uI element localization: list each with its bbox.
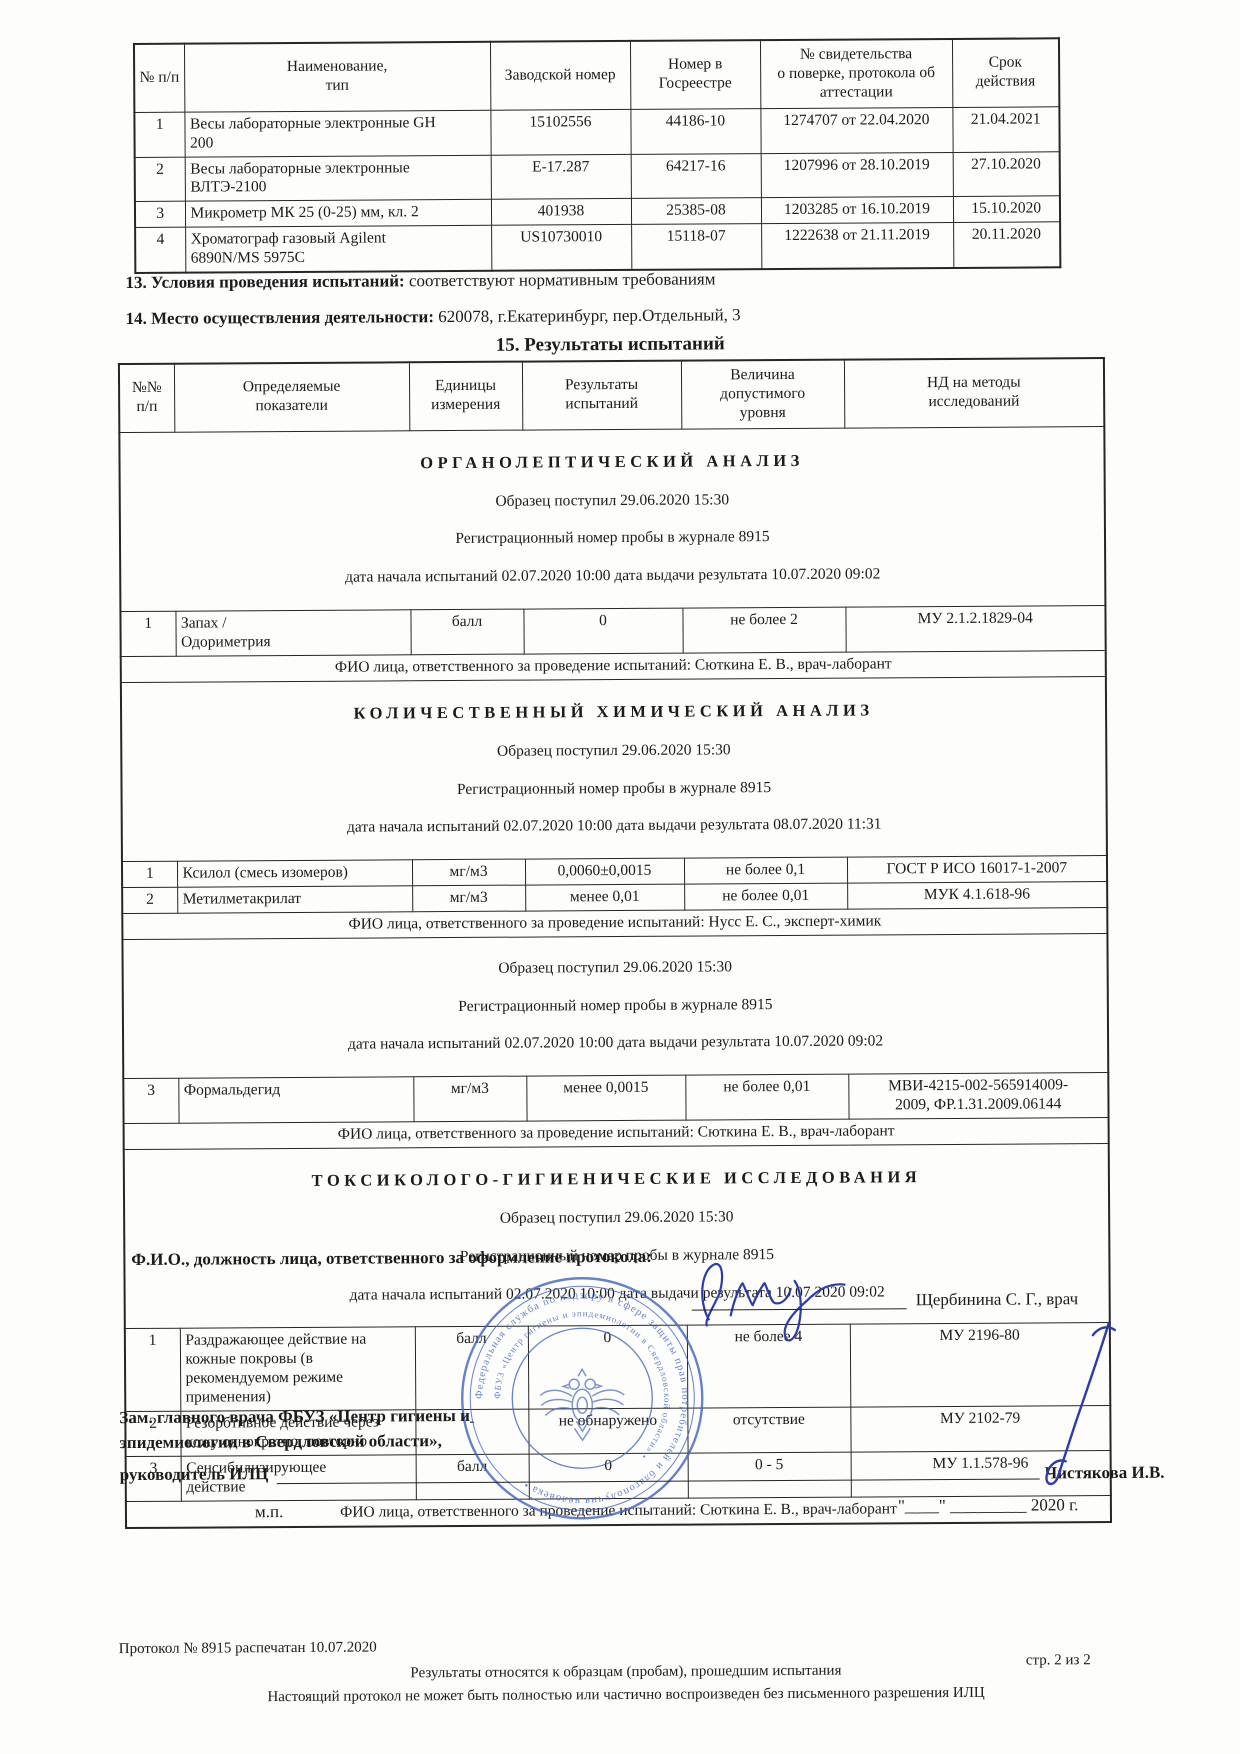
section-block-row: Образец поступил 29.06.2020 15:30 Регист… — [122, 933, 1108, 1078]
cell-num: 3 — [123, 1078, 178, 1123]
sample-received: Образец поступил 29.06.2020 15:30 — [126, 489, 1099, 514]
col-header-name: Наименование, тип — [184, 42, 490, 112]
cell-registry: 15118-07 — [631, 224, 761, 270]
clause-14: 14. Место осуществления деятельности: 62… — [126, 305, 741, 329]
cell-result: 0 — [523, 608, 682, 654]
sample-reg-number: Регистрационный номер пробы в журнале 89… — [126, 527, 1099, 552]
table-row: 1 Весы лабораторные электронные GH 200 1… — [134, 107, 1059, 157]
cell-limit: отсутствие — [687, 1407, 850, 1453]
footer-printed: Протокол № 8915 распечатан 10.07.2020 — [119, 1640, 377, 1659]
cell-valid: 15.10.2020 — [953, 196, 1060, 223]
col-header-indicator: Определяемые показатели — [174, 362, 409, 432]
cell-serial: 15102556 — [490, 109, 630, 155]
cell-serial: Е-17.287 — [491, 154, 631, 200]
cell-name: Хроматограф газовый Agilent 6890N/MS 597… — [185, 226, 491, 273]
org-title-line2: эпидемиологии в Свердловской области», — [119, 1431, 441, 1453]
signature-head — [1029, 1317, 1125, 1493]
col-header-serial: Заводской номер — [490, 41, 630, 110]
table-row: 3 Формальдегид мг/м3 менее 0,0015 не бол… — [123, 1073, 1108, 1124]
section-title: ТОКСИКОЛОГО-ГИГИЕНИЧЕСКИЕ ИССЛЕДОВАНИЯ — [130, 1166, 1103, 1192]
cell-limit: не более 2 — [682, 607, 845, 653]
sample-reg-number: Регистрационный номер пробы в журнале 89… — [127, 777, 1100, 802]
cell-certificate: 1207996 от 28.10.2019 — [761, 152, 953, 198]
signature-line — [692, 1284, 907, 1310]
cell-result: менее 0,01 — [525, 884, 684, 911]
cell-limit: не более 0,1 — [684, 857, 847, 884]
official-stamp: Федеральная служба по надзору в сфере за… — [455, 1271, 709, 1525]
cell-result: 0,0060±0,0015 — [525, 858, 684, 885]
col-header-valid: Срок действия — [952, 38, 1059, 107]
section-chemical-info: КОЛИЧЕСТВЕННЫЙ ХИМИЧЕСКИЙ АНАЛИЗ Образец… — [121, 676, 1107, 861]
section-title: КОЛИЧЕСТВЕННЫЙ ХИМИЧЕСКИЙ АНАЛИЗ — [127, 699, 1100, 725]
cell-num: 2 — [135, 157, 185, 202]
protocol-page: № п/п Наименование, тип Заводской номер … — [0, 0, 1240, 1754]
protocol-officer-name: Щербинина С. Г., врач — [916, 1289, 1079, 1310]
section-chemical2-info: Образец поступил 29.06.2020 15:30 Регист… — [122, 933, 1108, 1078]
cell-limit: не более 0,01 — [685, 1074, 848, 1120]
cell-indicator: Формальдегид — [178, 1077, 413, 1123]
equipment-table: № п/п Наименование, тип Заводской номер … — [133, 37, 1061, 274]
cell-result: менее 0,0015 — [526, 1075, 685, 1121]
sample-received: Образец поступил 29.06.2020 15:30 — [130, 1206, 1103, 1231]
cell-certificate: 1274707 от 22.04.2020 — [760, 107, 952, 153]
cell-limit: не более 0,01 — [684, 883, 847, 910]
col-header-limit: Величина допустимого уровня — [681, 360, 844, 429]
table-row: 1 Запах / Одориметрия балл 0 не более 2 … — [120, 606, 1105, 657]
footer-note-2: Настоящий протокол не может быть полност… — [106, 1684, 1146, 1707]
table-row: 2 Весы лабораторные электронные ВЛТЭ-210… — [135, 151, 1060, 201]
cell-name: Микрометр МК 25 (0-25) мм, кл. 2 — [185, 200, 491, 228]
org-title-line1: Зам. главного врача ФБУЗ «Центр гигиены … — [119, 1406, 470, 1428]
cell-indicator: Метилметакрилат — [177, 886, 412, 913]
cell-num: 2 — [122, 887, 177, 913]
cell-indicator: Запах / Одориметрия — [175, 610, 410, 656]
test-dates: дата начала испытаний 02.07.2020 10:00 д… — [129, 1031, 1102, 1056]
section-block-row: КОЛИЧЕСТВЕННЫЙ ХИМИЧЕСКИЙ АНАЛИЗ Образец… — [121, 676, 1107, 861]
col-header-num: №№ п/п — [119, 364, 174, 433]
cell-valid: 21.04.2021 — [952, 107, 1059, 152]
cell-registry: 25385-08 — [631, 198, 761, 225]
cell-method: МУК 4.1.618-96 — [847, 882, 1107, 909]
cell-indicator: Раздражающее действие на кожные покровы … — [180, 1327, 416, 1411]
col-header-certificate: № свидетельства о поверке, протокола об … — [760, 39, 952, 108]
results-header-row: №№ п/п Определяемые показатели Единицы и… — [119, 358, 1104, 432]
cell-registry: 64217-16 — [631, 153, 761, 199]
cell-unit: мг/м3 — [413, 1076, 526, 1122]
clause-14-label: 14. Место осуществления деятельности: — [126, 307, 434, 328]
cell-indicator: Ксилол (смесь изомеров) — [177, 860, 412, 887]
cell-num: 1 — [125, 1329, 181, 1412]
clause-14-value: 620078, г.Екатеринбург, пер.Отдельный, 3 — [438, 305, 741, 326]
cell-unit: балл — [410, 609, 523, 655]
cell-num: 1 — [122, 861, 177, 887]
clause-13: 13. Условия проведения испытаний: соотве… — [125, 269, 715, 293]
cell-unit: мг/м3 — [412, 859, 525, 886]
cell-serial: 401938 — [491, 199, 631, 226]
section-block-row: ОРГАНОЛЕПТИЧЕСКИЙ АНАЛИЗ Образец поступи… — [119, 426, 1105, 611]
cell-registry: 44186-10 — [630, 108, 760, 154]
cell-certificate: 1203285 от 16.10.2019 — [761, 197, 953, 224]
section-title: ОРГАНОЛЕПТИЧЕСКИЙ АНАЛИЗ — [125, 449, 1098, 475]
results-title: 15. Результаты испытаний — [118, 331, 1103, 359]
cell-method: МУ 2.1.2.1829-04 — [845, 606, 1105, 652]
cell-valid: 27.10.2020 — [953, 151, 1060, 196]
cell-name: Весы лабораторные электронные ВЛТЭ-2100 — [185, 155, 491, 202]
col-header-unit: Единицы измерения — [409, 362, 522, 431]
org-title-line3: руководитель ИЛЦ — [120, 1464, 269, 1485]
col-header-registry: Номер в Госреестре — [630, 40, 760, 109]
cell-unit: мг/м3 — [412, 885, 525, 912]
col-header-num: № п/п — [134, 44, 184, 113]
cell-num: 1 — [120, 611, 175, 656]
footer-note-1: Результаты относятся к образцам (пробам)… — [126, 1661, 1126, 1684]
test-dates: дата начала испытаний 02.07.2020 10:00 д… — [128, 814, 1101, 839]
clause-13-value: соответствуют нормативным требованиям — [409, 269, 716, 290]
head-signature-line — [276, 1454, 1039, 1484]
section-organoleptic-info: ОРГАНОЛЕПТИЧЕСКИЙ АНАЛИЗ Образец поступи… — [119, 426, 1105, 611]
cell-name: Весы лабораторные электронные GH 200 — [184, 110, 490, 157]
cell-method: МВИ-4215-002-565914009- 2009, ФР.1.31.20… — [848, 1073, 1108, 1119]
cell-num: 4 — [135, 227, 185, 273]
date-blank: "____" _________ 2020 г. — [898, 1495, 1079, 1516]
eagle-emblem — [540, 1369, 624, 1441]
stamp-place-label: м.п. — [255, 1502, 283, 1522]
col-header-method: НД на методы исследований — [844, 358, 1104, 428]
protocol-officer-label: Ф.И.О., должность лица, ответственного з… — [131, 1247, 652, 1270]
cell-certificate: 1222638 от 21.11.2019 — [761, 223, 953, 269]
col-header-result: Результаты испытаний — [522, 361, 681, 430]
cell-num: 1 — [134, 112, 184, 157]
cell-valid: 20.11.2020 — [953, 222, 1060, 268]
test-dates: дата начала испытаний 02.07.2020 10:00 д… — [126, 564, 1099, 589]
sample-received: Образец поступил 29.06.2020 15:30 — [127, 739, 1100, 764]
cell-method: ГОСТ Р ИСО 16017-1-2007 — [847, 856, 1107, 883]
equipment-header-row: № п/п Наименование, тип Заводской номер … — [134, 38, 1059, 112]
cell-num: 3 — [135, 201, 185, 227]
sample-received: Образец поступил 29.06.2020 15:30 — [129, 956, 1102, 981]
table-row: 4 Хроматограф газовый Agilent 6890N/MS 5… — [135, 222, 1060, 273]
cell-serial: US10730010 — [491, 225, 631, 271]
sample-reg-number: Регистрационный номер пробы в журнале 89… — [129, 994, 1102, 1019]
clause-13-label: 13. Условия проведения испытаний: — [125, 271, 404, 292]
